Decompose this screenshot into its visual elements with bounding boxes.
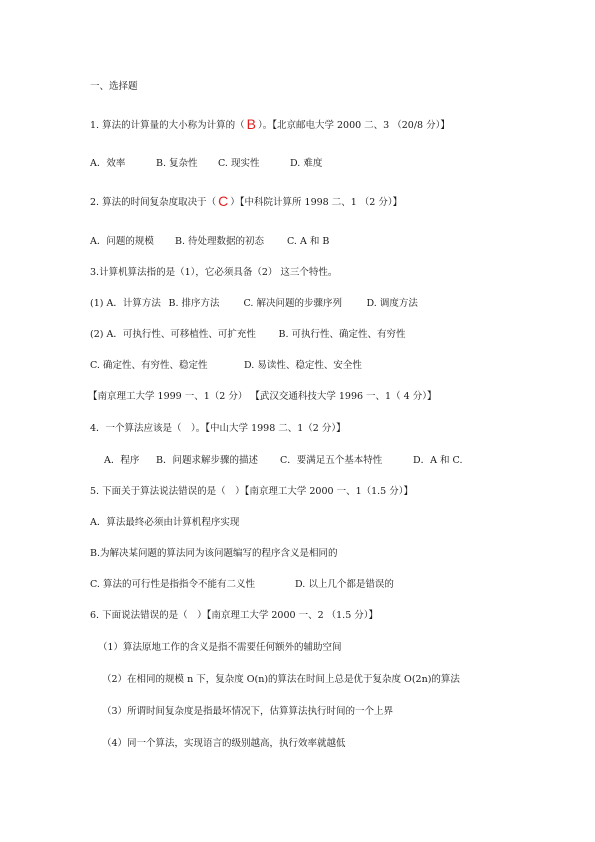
- question-4-options: A．程序B．问题求解步骤的描述C．要满足五个基本特性D．A 和 C.: [104, 454, 462, 467]
- question-number: 5.: [90, 486, 99, 497]
- option-c: C. 解决问题的步骤序列: [244, 297, 367, 310]
- option-b: B．问题求解步骤的描述: [156, 454, 280, 467]
- statement-1: （1）算法原地工作的含义是指不需要任何额外的辅助空间: [98, 641, 342, 654]
- question-5-option-a: A．算法最终必须由计算机程序实现: [90, 516, 239, 529]
- document-page: 一、选择题 1. 算法的计算量的大小称为计算的（B）。【北京邮电大学 2000 …: [0, 0, 595, 842]
- question-5: 5. 下面关于算法说法错误的是（ ）【南京理工大学 2000 一、1（1.5 分…: [90, 485, 413, 498]
- question-source: ）【中科院计算所 1998 二、1 （2 分）】: [230, 197, 402, 208]
- question-stem: 下面说法错误的是（ ）【南京理工大学 2000 一、2 （1.5 分）】: [102, 610, 378, 621]
- option-d: D. 以上几个都是错误的: [295, 578, 394, 591]
- option-c: C. 算法的可行性是指指令不能有二义性: [90, 578, 295, 591]
- option-c: C. 现实性: [218, 157, 290, 170]
- sub-label: (1): [90, 298, 103, 309]
- question-stem: 一个算法应该是（ ）。【中山大学 1998 二、1（2 分）】: [106, 423, 346, 434]
- option-d: D. 难度: [290, 157, 322, 170]
- statement-3: （3）所谓时间复杂度是指最坏情况下，估算算法执行时间的一个上界: [102, 705, 393, 718]
- option-d: D．A 和 C.: [413, 454, 462, 467]
- option-b: B. 待处理数据的初态: [175, 235, 287, 248]
- statement-2: （2）在相同的规模 n 下，复杂度 O(n)的算法在时间上总是优于复杂度 O(2…: [102, 673, 460, 686]
- question-stem: 算法的时间复杂度取决于（: [102, 197, 216, 208]
- question-4: 4．一个算法应该是（ ）。【中山大学 1998 二、1（2 分）】: [90, 422, 346, 435]
- question-number: 2.: [90, 197, 99, 208]
- question-2: 2. 算法的时间复杂度取决于（C）【中科院计算所 1998 二、1 （2 分）】: [90, 195, 402, 209]
- question-number: 6.: [90, 610, 99, 621]
- option-a: A．问题的规模: [90, 235, 175, 248]
- option-d: D. 易读性、稳定性、安全性: [244, 359, 362, 372]
- statement-4: （4）同一个算法，实现语言的级别越高，执行效率就越低: [102, 737, 346, 750]
- option-a: A．程序: [104, 454, 156, 467]
- question-stem: 算法的计算量的大小称为计算的（: [102, 120, 245, 131]
- answer-mark: C: [218, 193, 228, 209]
- question-stem: 计算机算法指的是（1），它必须具备（2） 这三个特性。: [99, 267, 337, 278]
- question-3-sub2-options: (2) A．可执行性、可移植性、可扩充性B. 可执行性、确定性、有穷性: [90, 328, 406, 341]
- option-b: B. 可执行性、确定性、有穷性: [279, 328, 406, 341]
- question-5-options-cd: C. 算法的可行性是指指令不能有二义性D. 以上几个都是错误的: [90, 578, 394, 591]
- question-3-sub1-options: (1) A．计算方法B. 排序方法C. 解决问题的步骤序列D. 调度方法: [90, 297, 418, 310]
- question-1: 1. 算法的计算量的大小称为计算的（B）。【北京邮电大学 2000 二、3 （2…: [90, 118, 450, 132]
- option-d: D. 调度方法: [367, 297, 418, 310]
- sub-label: (2): [90, 329, 103, 340]
- question-5-option-b: B.为解决某问题的算法同为该问题编写的程序含义是相同的: [90, 547, 338, 560]
- question-number: 1.: [90, 120, 99, 131]
- section-title: 一、选择题: [90, 80, 138, 93]
- question-3-sub2-options-cont: C. 确定性、有穷性、稳定性D. 易读性、稳定性、安全性: [90, 359, 362, 372]
- question-source: ）。【北京邮电大学 2000 二、3 （20/8 分）】: [258, 120, 450, 131]
- question-number: 3.: [90, 267, 99, 278]
- option-b: B. 复杂性: [156, 157, 218, 170]
- option-c: C．要满足五个基本特性: [280, 454, 413, 467]
- question-3: 3.计算机算法指的是（1），它必须具备（2） 这三个特性。: [90, 266, 337, 279]
- question-1-options: A．效率B. 复杂性C. 现实性D. 难度: [90, 157, 322, 170]
- question-stem: 下面关于算法说法错误的是（ ）【南京理工大学 2000 一、1（1.5 分）】: [102, 486, 413, 497]
- option-b: B. 排序方法: [169, 297, 244, 310]
- option-a: A．计算方法: [107, 297, 169, 310]
- option-a: A．可执行性、可移植性、可扩充性: [107, 328, 279, 341]
- question-6: 6. 下面说法错误的是（ ）【南京理工大学 2000 一、2 （1.5 分）】: [90, 609, 378, 622]
- question-number: 4．: [90, 423, 106, 434]
- answer-mark: B: [247, 116, 256, 132]
- question-3-source: 【南京理工大学 1999 一、1（2 分） 【武汉交通科技大学 1996 一、1…: [88, 390, 436, 403]
- option-c: C. A 和 B: [287, 235, 329, 248]
- option-a: A．效率: [90, 157, 156, 170]
- question-2-options: A．问题的规模B. 待处理数据的初态C. A 和 B: [90, 235, 329, 248]
- option-c: C. 确定性、有穷性、稳定性: [90, 359, 244, 372]
